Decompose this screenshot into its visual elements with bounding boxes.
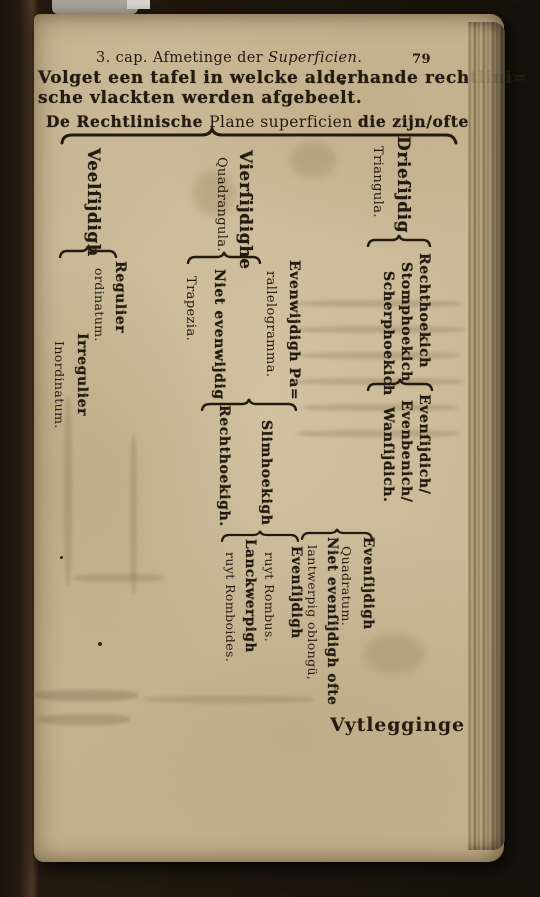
viersijdighe-brace xyxy=(186,251,262,264)
triangle-sides-brace xyxy=(366,378,434,391)
tree-node-rallelogramma: rallelogramma. xyxy=(263,271,278,377)
background-paper-sliver xyxy=(52,0,138,14)
tree-node-quadratum: Quadratum. xyxy=(339,546,354,626)
bleedthrough-smudge xyxy=(296,300,462,307)
tree-node-rechthoekigh: Rechthoekigh. xyxy=(216,405,232,527)
background-paper-sliver xyxy=(127,0,150,9)
tree-node-evensijdich: Evenſijdich/ xyxy=(416,394,432,494)
chapter-label: 3. cap. xyxy=(96,50,148,66)
tree-node-rechthoekich: Rechthoekich xyxy=(416,253,432,368)
page-number: 79 xyxy=(412,52,431,67)
tree-node-ruyt-romboides: ruyt Romboides. xyxy=(223,552,238,662)
page-stack-edge xyxy=(468,22,505,850)
tree-node-ordinatum: ordinatum. xyxy=(92,268,107,342)
tree-node-veelsijdigh: Veelſijdigh xyxy=(83,148,103,257)
tree-node-quadrangula: Quadrangula. xyxy=(214,157,229,252)
tree-node-evenwijdigh-pa: Evenwijdigh Pa= xyxy=(286,260,302,400)
slimhoekigh-brace xyxy=(220,530,300,542)
tree-node-inordinatum: Inordinatum. xyxy=(52,341,67,429)
bleedthrough-smudge xyxy=(38,714,130,725)
page-stain xyxy=(290,142,336,178)
tree-node-niet-evensijdigh-ofte: Niet evenſijdigh ofte xyxy=(324,537,340,705)
ink-speck xyxy=(60,556,63,559)
parallelogram-brace xyxy=(200,398,298,411)
tree-node-evenbenich: Evenbenich/ xyxy=(398,400,414,503)
tree-node-driesijdig: Drieſijdig xyxy=(393,136,413,233)
intro-line-2: sche vlackten werden afgebeelt. xyxy=(38,88,362,108)
tree-node-niet-evenwijdig: Niet evenwijdig xyxy=(211,269,227,400)
tree-node-evensijdigh-quadratum: Evenſijdigh xyxy=(360,537,376,630)
bleedthrough-smudge xyxy=(296,430,460,437)
bleedthrough-smudge xyxy=(130,434,137,594)
scanned-book-photo: 3. cap. Afmetinge der Superficien. 79 Vo… xyxy=(0,0,540,897)
tree-node-triangula: Triangula. xyxy=(370,146,385,218)
running-header: 3. cap. Afmetinge der Superficien. xyxy=(96,50,362,66)
bleedthrough-smudge xyxy=(144,696,314,703)
book-page: 3. cap. Afmetinge der Superficien. 79 Vo… xyxy=(34,14,504,862)
driesijdig-brace xyxy=(366,234,432,247)
bleedthrough-smudge xyxy=(74,574,164,582)
page-stain xyxy=(364,634,424,674)
tree-node-ruyt-rombus: ruyt Rombus. xyxy=(262,552,277,642)
tree-node-trapezia: Trapezia. xyxy=(183,276,198,341)
tree-node-regulier: Regulier xyxy=(112,261,128,333)
tree-node-irregulier: Irregulier xyxy=(74,333,90,416)
catchword: Vytlegginge xyxy=(330,714,465,736)
tree-node-lanckwerpigh: Lanckwerpigh xyxy=(242,539,258,653)
ink-speck xyxy=(98,642,102,646)
veelsijdigh-brace xyxy=(58,245,118,258)
tree-node-slimhoekigh: Slimhoekigh xyxy=(258,420,274,526)
tree-node-wansijdich: Wanſijdich. xyxy=(380,407,396,502)
running-header-title: Afmetinge der xyxy=(153,50,268,66)
tree-node-lantwerpig-oblongu: lantwerpig oblongü, xyxy=(305,545,320,680)
intro-line-1: Volget een tafel in welcke alderhande re… xyxy=(38,68,527,88)
running-header-title-italic: Superficien. xyxy=(268,50,362,66)
tree-node-evensijdigh-ruyt: Evenſijdigh xyxy=(288,546,304,639)
bleedthrough-smudge xyxy=(34,690,138,701)
tree-node-stomphoekich: Stomphoekich xyxy=(398,262,414,382)
